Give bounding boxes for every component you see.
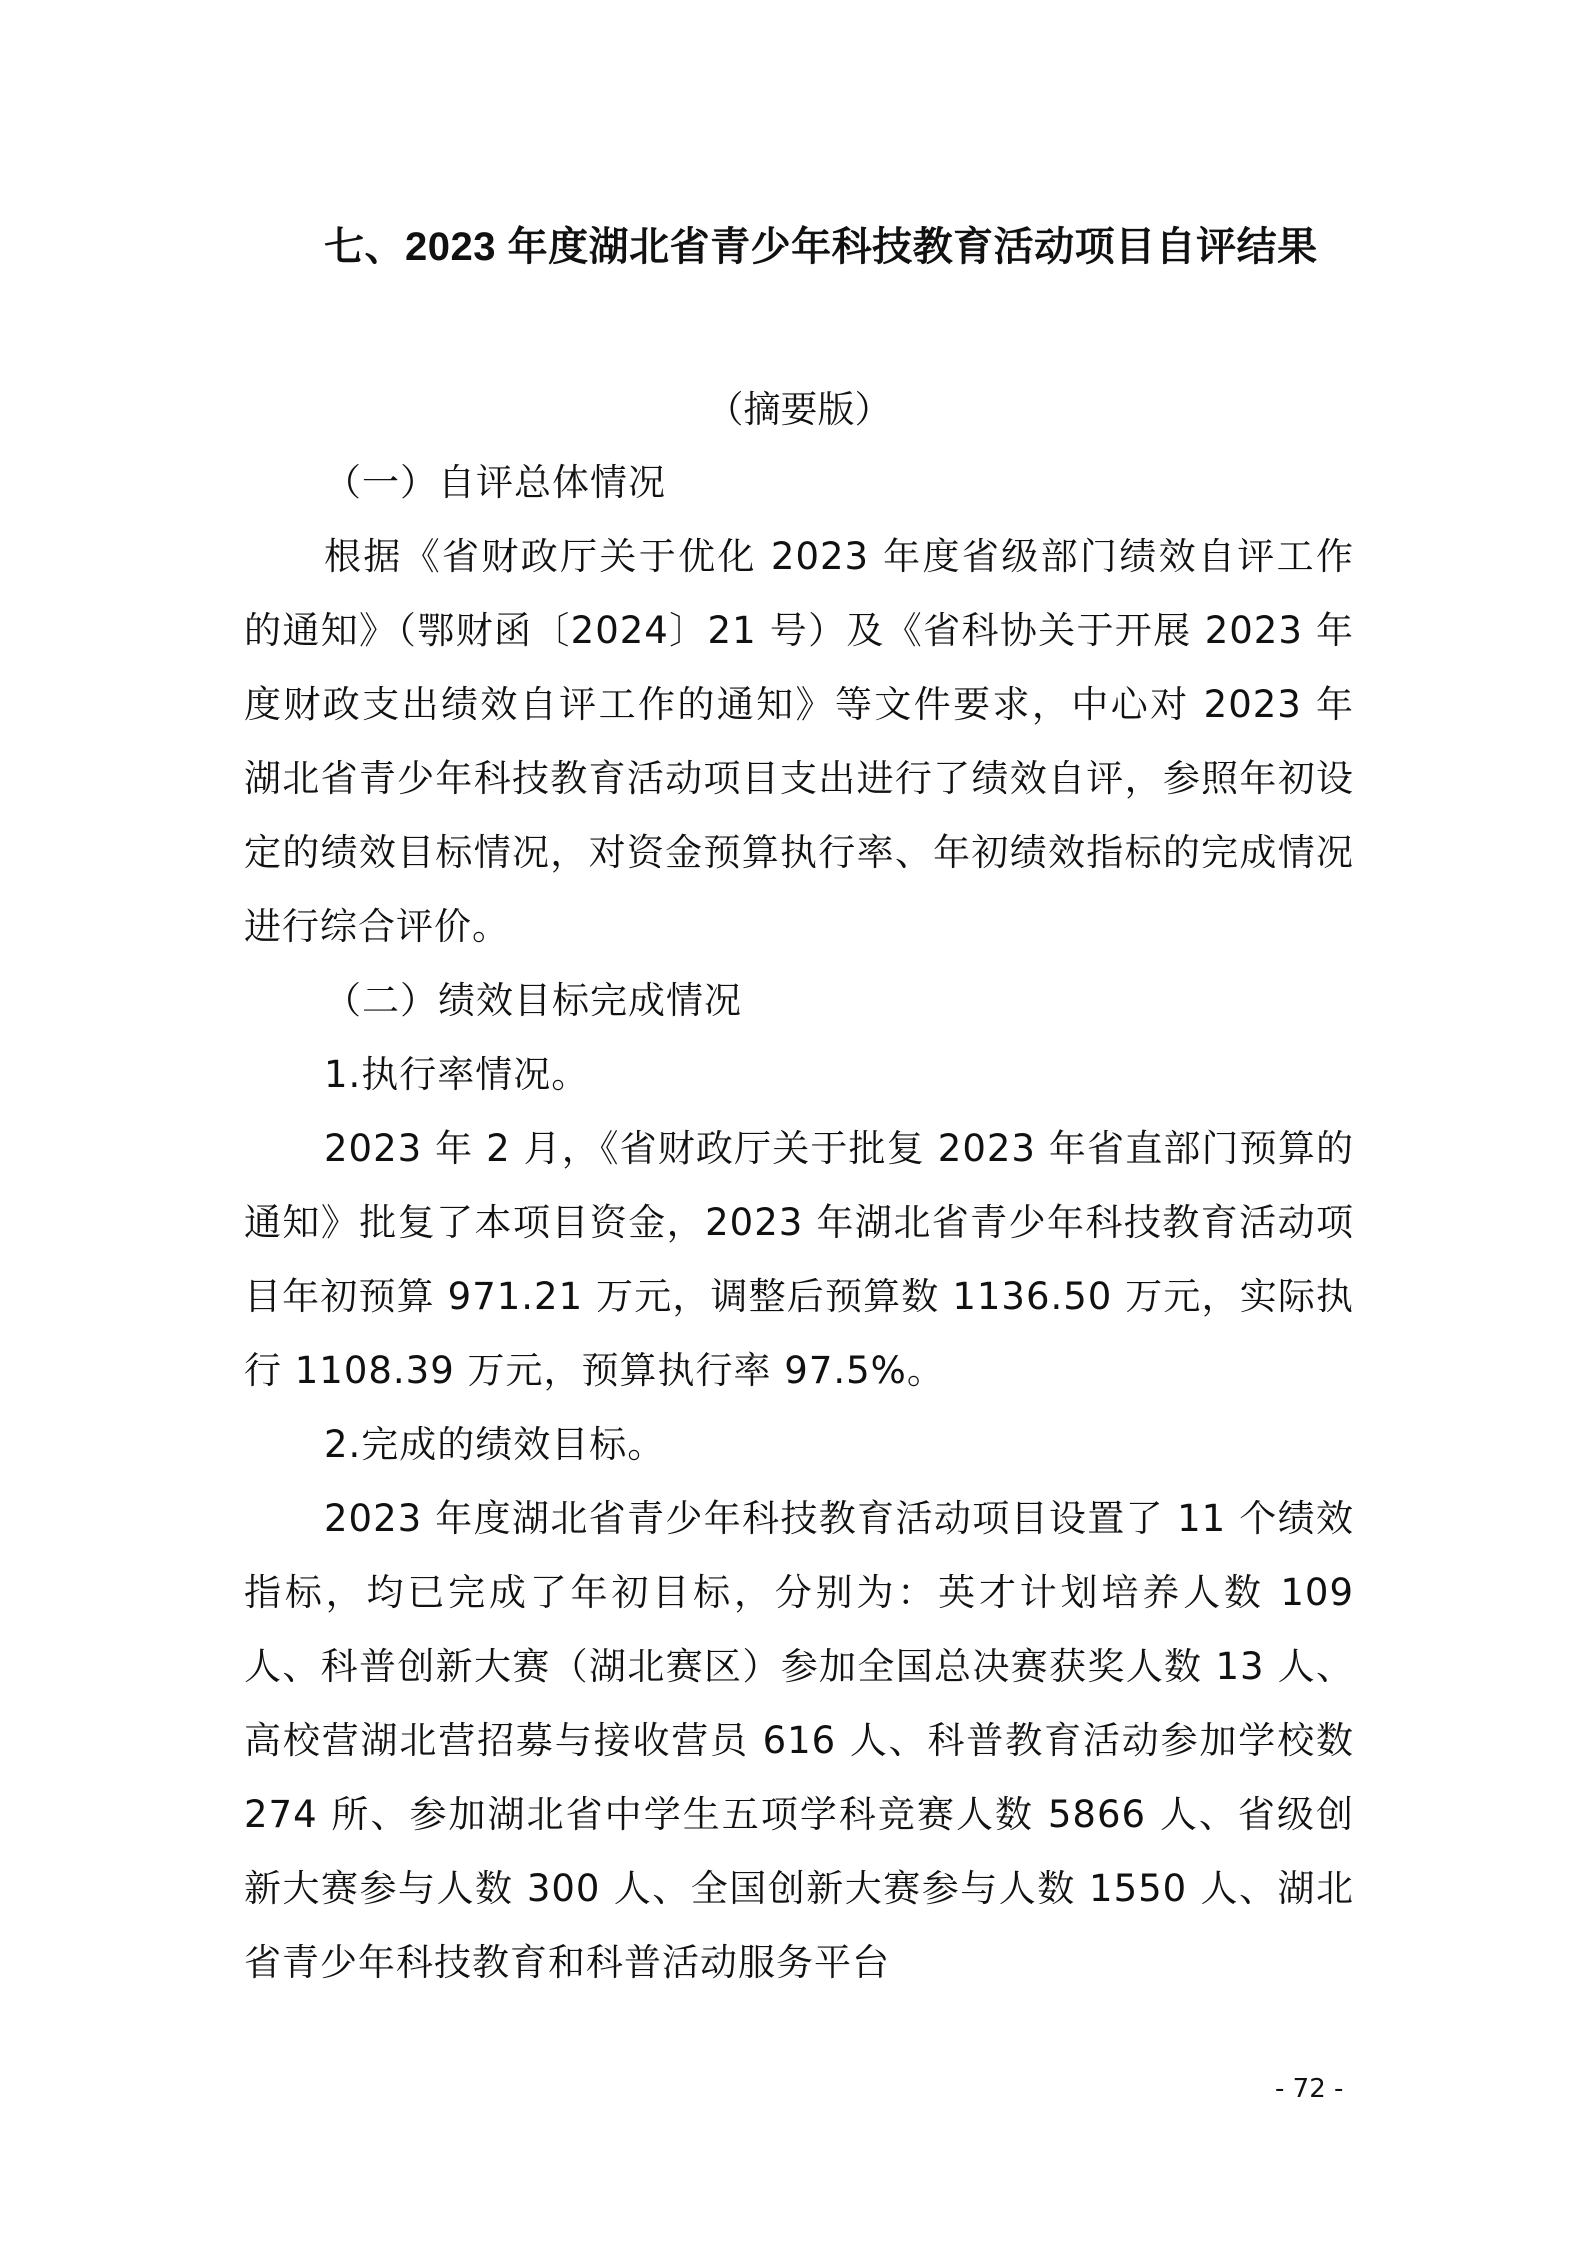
document-body: （一）自评总体情况 根据《省财政厅关于优化 2023 年度省级部门绩效自评工作的…: [244, 446, 1354, 2000]
paragraph-execution-rate: 2023 年 2 月，《省财政厅关于批复 2023 年省直部门预算的通知》批复了…: [244, 1112, 1354, 1408]
document-page: 七、2023 年度湖北省青少年科技教育活动项目自评结果 （摘要版） （一）自评总…: [0, 0, 1587, 2245]
section-heading-goals: （二）绩效目标完成情况: [244, 964, 1354, 1038]
document-subtitle: （摘要版）: [244, 380, 1354, 440]
subsection-heading-execution-rate: 1.执行率情况。: [244, 1038, 1354, 1112]
document-title: 七、2023 年度湖北省青少年科技教育活动项目自评结果: [244, 208, 1354, 286]
page-number: - 72 -: [1275, 2074, 1343, 2104]
subsection-heading-completed-goals: 2.完成的绩效目标。: [244, 1408, 1354, 1482]
section-heading-overall: （一）自评总体情况: [244, 446, 1354, 520]
paragraph-completed-goals: 2023 年度湖北省青少年科技教育活动项目设置了 11 个绩效指标，均已完成了年…: [244, 1482, 1354, 2000]
paragraph-overall: 根据《省财政厅关于优化 2023 年度省级部门绩效自评工作的通知》（鄂财函〔20…: [244, 520, 1354, 964]
